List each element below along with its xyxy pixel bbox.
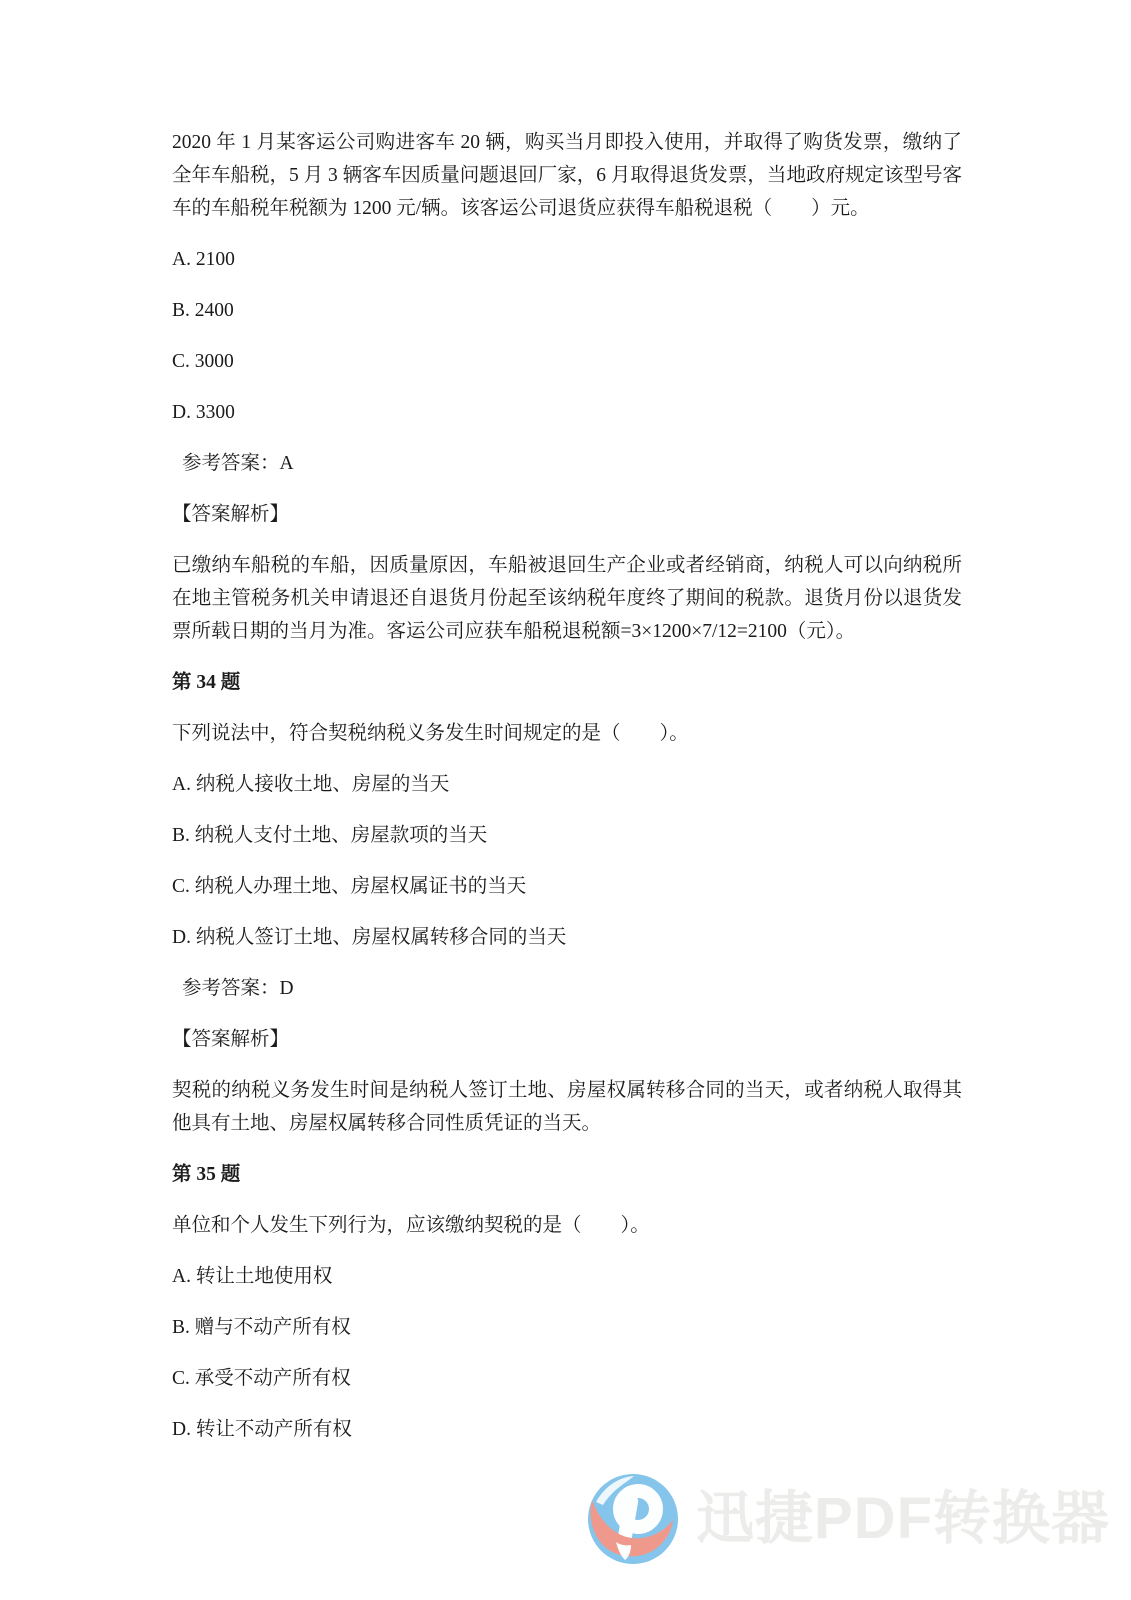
option-a: A. 2100 — [172, 243, 962, 276]
option-a: A. 转让土地使用权 — [172, 1260, 962, 1293]
option-d: D. 转让不动产所有权 — [172, 1413, 962, 1446]
question-heading: 第 34 题 — [172, 666, 962, 699]
brand-text: 迅捷PDF转换器 — [696, 1472, 1110, 1566]
question-stem: 2020 年 1 月某客运公司购进客车 20 辆，购买当月即投入使用，并取得了购… — [172, 126, 962, 225]
question-block: 第 35 题 单位和个人发生下列行为，应该缴纳契税的是（ ）。 A. 转让土地使… — [172, 1158, 962, 1446]
option-b: B. 纳税人支付土地、房屋款项的当天 — [172, 819, 962, 852]
analysis-title: 【答案解析】 — [172, 498, 962, 531]
analysis-text: 已缴纳车船税的车船，因质量原因，车船被退回生产企业或者经销商，纳税人可以向纳税所… — [172, 549, 962, 648]
question-stem: 下列说法中，符合契税纳税义务发生时间规定的是（ ）。 — [172, 717, 962, 750]
pdf-converter-logo-icon — [586, 1472, 680, 1566]
option-c: C. 纳税人办理土地、房屋权属证书的当天 — [172, 870, 962, 903]
option-c: C. 3000 — [172, 345, 962, 378]
option-d: D. 纳税人签订土地、房屋权属转移合同的当天 — [172, 921, 962, 954]
option-b: B. 赠与不动产所有权 — [172, 1311, 962, 1344]
analysis-text: 契税的纳税义务发生时间是纳税人签订土地、房屋权属转移合同的当天，或者纳税人取得其… — [172, 1074, 962, 1140]
question-heading: 第 35 题 — [172, 1158, 962, 1191]
reference-answer: 参考答案：D — [172, 972, 962, 1005]
document-content: 2020 年 1 月某客运公司购进客车 20 辆，购买当月即投入使用，并取得了购… — [172, 126, 962, 1464]
option-b: B. 2400 — [172, 294, 962, 327]
question-block: 第 34 题 下列说法中，符合契税纳税义务发生时间规定的是（ ）。 A. 纳税人… — [172, 666, 962, 1140]
option-d: D. 3300 — [172, 396, 962, 429]
reference-answer: 参考答案：A — [172, 447, 962, 480]
option-c: C. 承受不动产所有权 — [172, 1362, 962, 1395]
question-stem: 单位和个人发生下列行为，应该缴纳契税的是（ ）。 — [172, 1209, 962, 1242]
question-block: 2020 年 1 月某客运公司购进客车 20 辆，购买当月即投入使用，并取得了购… — [172, 126, 962, 648]
pdf-converter-watermark: 迅捷PDF转换器 — [586, 1472, 1110, 1566]
analysis-title: 【答案解析】 — [172, 1023, 962, 1056]
document-page: 2020 年 1 月某客运公司购进客车 20 辆，购买当月即投入使用，并取得了购… — [0, 0, 1131, 1600]
option-a: A. 纳税人接收土地、房屋的当天 — [172, 768, 962, 801]
